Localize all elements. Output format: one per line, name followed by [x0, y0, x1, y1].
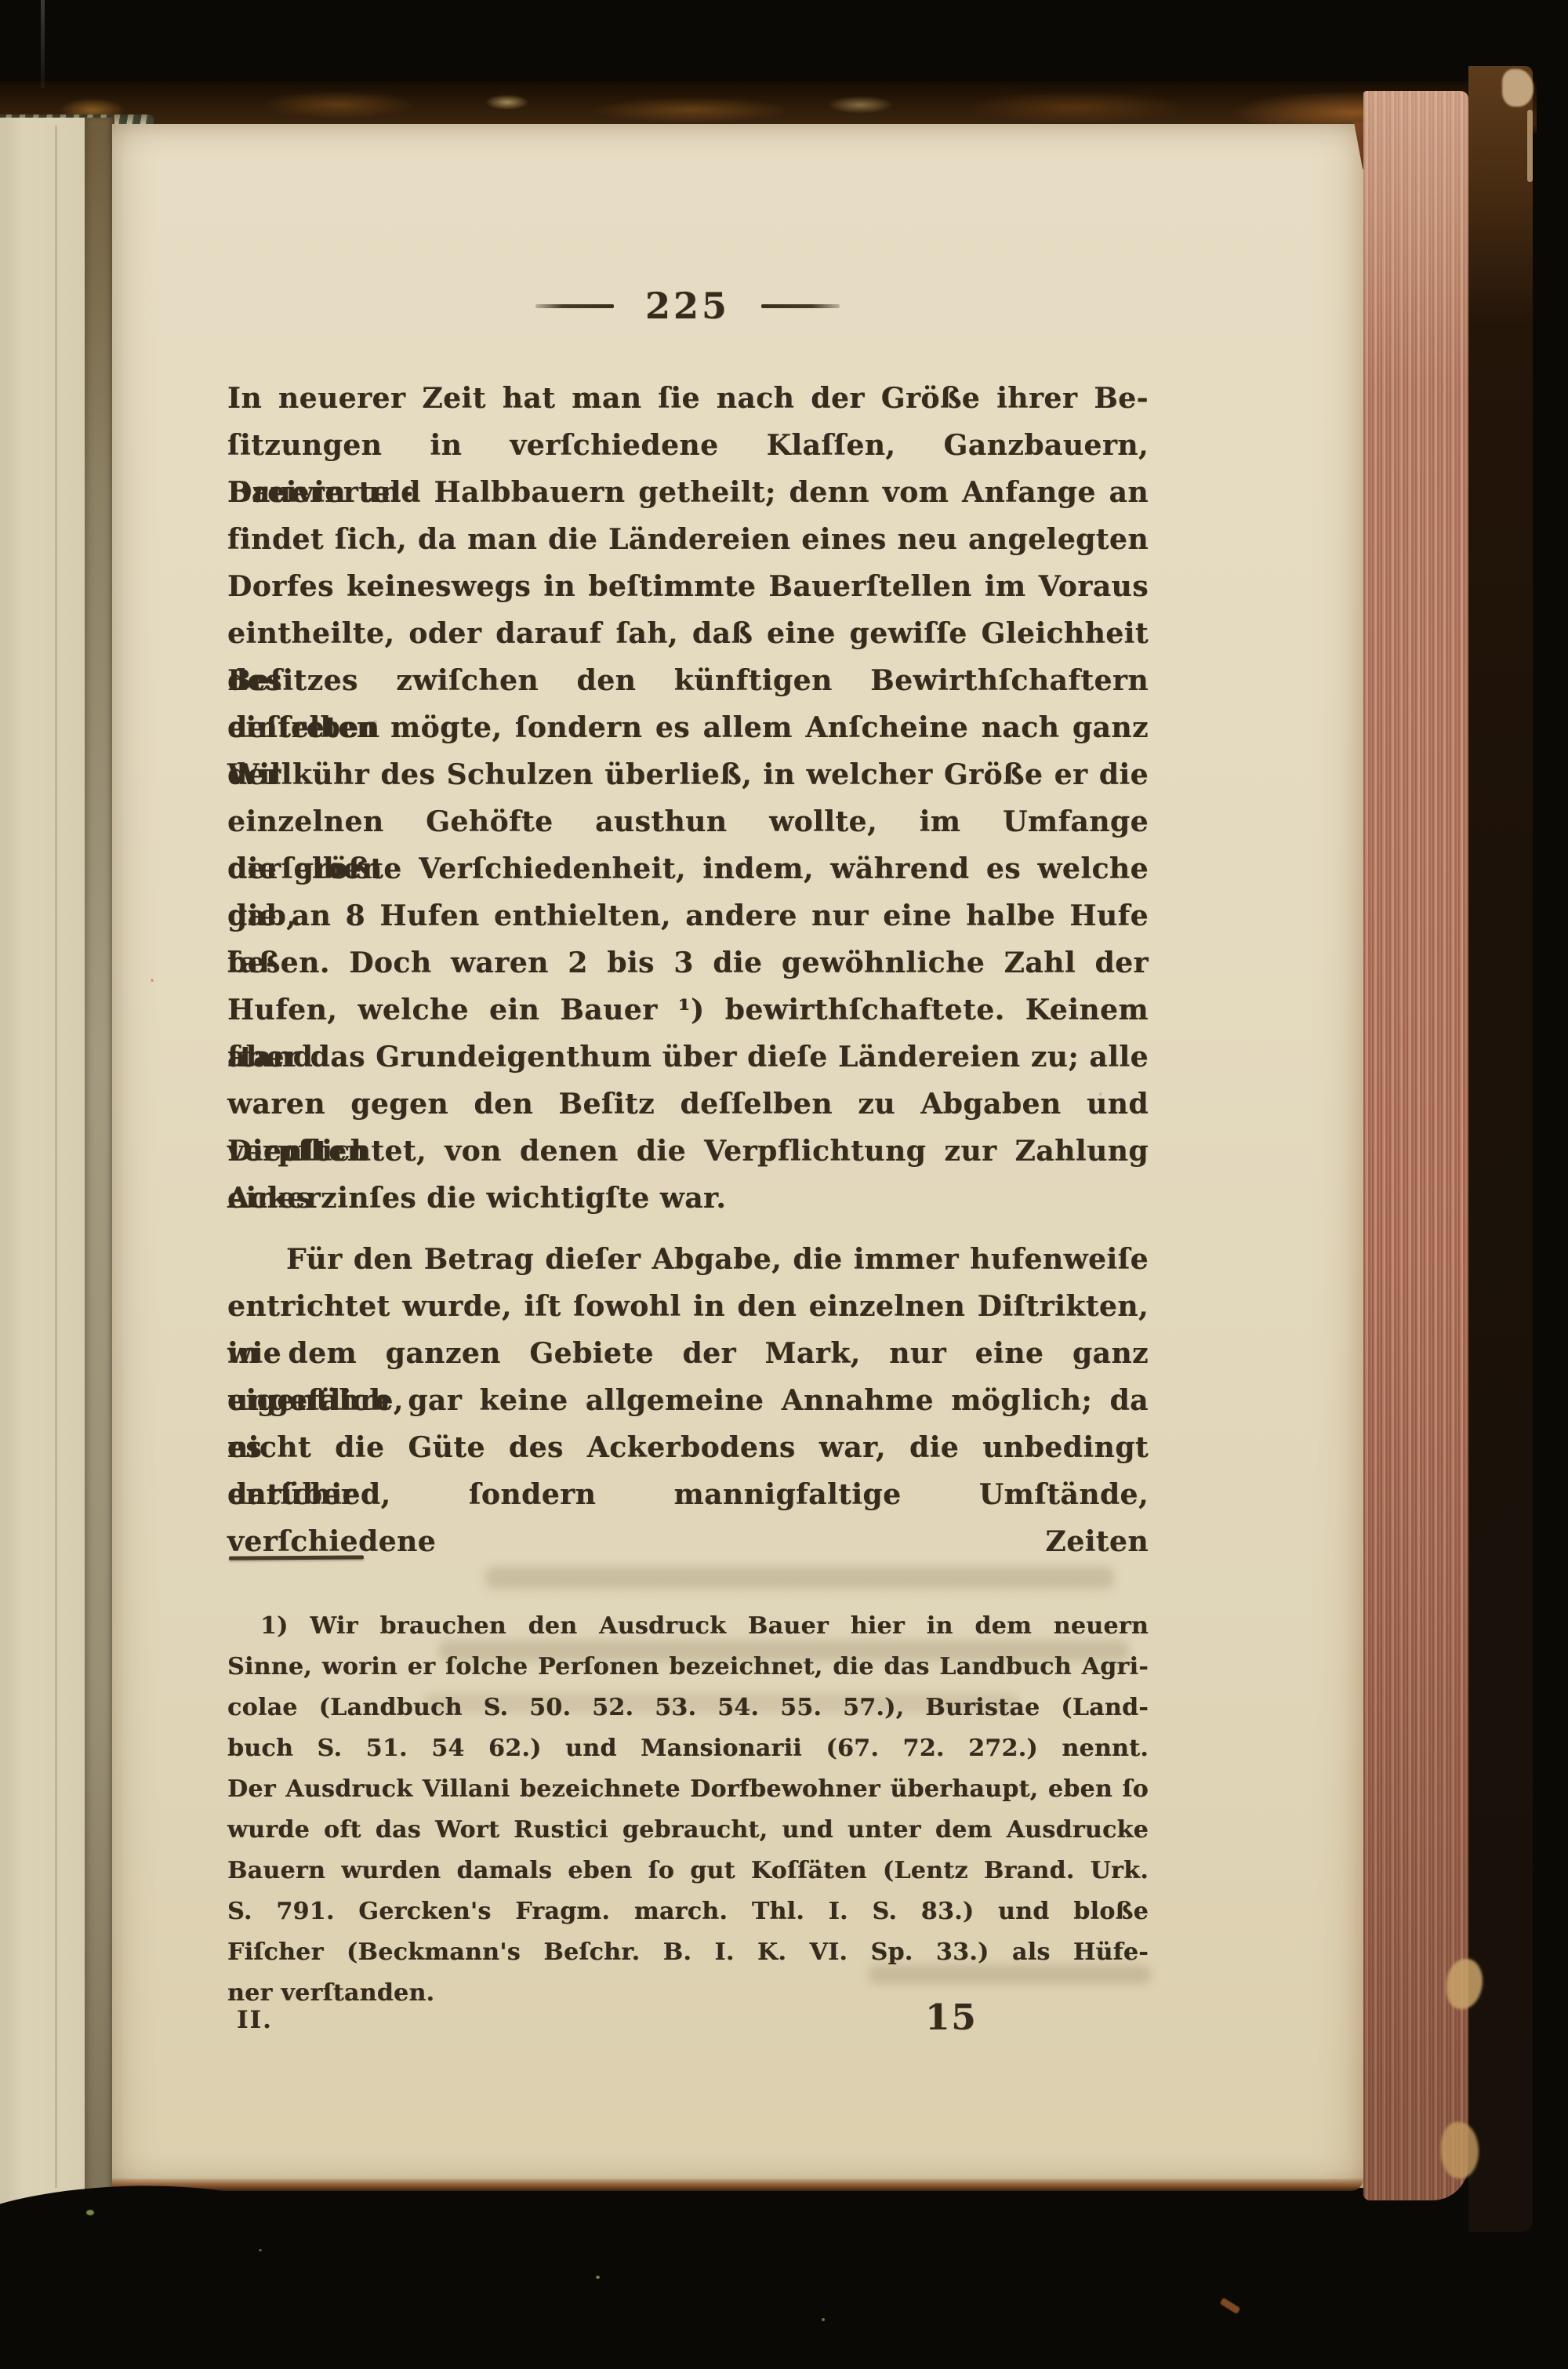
- header-rule-right: [761, 304, 840, 308]
- book-scan: 225 In neuerer Zeit hat man ſie nach der…: [0, 0, 1568, 2369]
- dust-speck: [596, 2276, 600, 2279]
- text-line: Für den Betrag dieſer Abgabe, die immer …: [227, 1236, 1149, 1283]
- signature-number: 15: [925, 1997, 978, 2038]
- text-line: die größte Verſchiedenheit, indem, währe…: [227, 845, 1149, 892]
- text-line: ſaßen. Doch waren 2 bis 3 die gewöhnlich…: [227, 939, 1149, 986]
- text-line: findet ſich, da man die Ländereien eines…: [227, 516, 1149, 563]
- cover-leather-edge: [1468, 66, 1533, 2232]
- page-bottom-edge: [112, 2178, 1363, 2191]
- footnote-line: 1) Wir brauchen den Ausdruck Bauer hier …: [227, 1606, 1149, 1647]
- underlying-page-edge: [0, 118, 86, 2207]
- text-line: Dorfes keineswegs in beſtimmte Bauerſtel…: [227, 563, 1149, 610]
- footnote-line: S. 791. Gercken's Fragm. march. Thl. I. …: [227, 1891, 1149, 1932]
- text-line: In neuerer Zeit hat man ſie nach der Grö…: [227, 375, 1149, 422]
- text-line: Ackerzinſes die wichtigſte war.: [227, 1175, 1149, 1222]
- leather-wear-mark-bottom: [1441, 2122, 1479, 2178]
- text-line: nicht die Güte des Ackerbodens war, die …: [227, 1424, 1149, 1471]
- text-line: aber das Grundeigenthum über dieſe Lände…: [227, 1034, 1149, 1081]
- cover-edge-highlight: [1527, 110, 1533, 182]
- footnote-line: Bauern wurden damals eben ſo gut Koſſäte…: [227, 1851, 1149, 1891]
- fore-edge-pages: [1363, 91, 1468, 2200]
- gutter-crease: [85, 118, 114, 2200]
- page-header: 225: [507, 284, 868, 328]
- footnote-block: 1) Wir brauchen den Ausdruck Bauer hier …: [227, 1606, 1149, 2014]
- footnote-line: Fiſcher (Beckmann's Beſchr. B. I. K. VI.…: [227, 1932, 1149, 1973]
- page-number: 225: [645, 285, 730, 327]
- text-line: in dem ganzen Gebiete der Mark, nur eine…: [227, 1330, 1149, 1377]
- footnote-line: ner verſtanden.: [227, 1973, 1149, 2014]
- text-line: verpflichtet, von denen die Verpflichtun…: [227, 1128, 1149, 1175]
- underlying-page-crease-line: [55, 125, 57, 2188]
- footnote-line: colae (Landbuch S. 50. 52. 53. 54. 55. 5…: [227, 1688, 1149, 1728]
- bottom-left-shadow: [0, 2179, 323, 2310]
- text-line: eintheilte, oder darauf ſah, daß eine ge…: [227, 610, 1149, 657]
- text-line: Willkühr des Schulzen überließ, in welch…: [227, 751, 1149, 798]
- footnote-line: Der Ausdruck Villani bezeichnete Dorfbew…: [227, 1769, 1149, 1810]
- body-paragraph-2: Für den Betrag dieſer Abgabe, die immer …: [227, 1236, 1149, 1518]
- dust-speck: [259, 2249, 262, 2251]
- footnote-line: buch S. 51. 54 62.) und Mansionarii (67.…: [227, 1728, 1149, 1769]
- text-line: die an 8 Hufen enthielten, andere nur ei…: [227, 892, 1149, 939]
- footnote-line: wurde oft das Wort Rustici gebraucht, un…: [227, 1810, 1149, 1851]
- footnote-line: Sinne, worin er ſolche Perſonen bezeichn…: [227, 1647, 1149, 1688]
- text-line: Bauern und Halbbauern getheilt; denn vom…: [227, 469, 1149, 516]
- text-line: waren gegen den Beſitz deſſelben zu Abga…: [227, 1081, 1149, 1128]
- green-fiber-speck: [86, 2210, 94, 2215]
- text-line: Beſitzes zwiſchen den künftigen Bewirthſ…: [227, 657, 1149, 704]
- spine-highlight: [41, 0, 45, 88]
- text-line: eintreten mögte, ſondern es allem Anſche…: [227, 704, 1149, 751]
- dust-speck: [822, 2318, 825, 2321]
- text-line: Hufen, welche ein Bauer ¹) bewirthſchaft…: [227, 986, 1149, 1034]
- volume-mark: II.: [237, 2006, 273, 2034]
- text-line: entſchied, ſondern mannigfaltige Umſtänd…: [227, 1471, 1149, 1518]
- debris-mark: [1220, 2298, 1241, 2314]
- body-paragraph-1: In neuerer Zeit hat man ſie nach der Grö…: [227, 375, 1149, 1222]
- text-line: einzelnen Gehöfte austhun wollte, im Umf…: [227, 798, 1149, 845]
- text-line: ſitzungen in verſchiedene Klaſſen, Ganzb…: [227, 422, 1149, 469]
- text-line: eigentlich gar keine allgemeine Annahme …: [227, 1377, 1149, 1424]
- ink-bleedthrough: [486, 1567, 1113, 1589]
- leather-wear-mark-top: [1502, 69, 1534, 107]
- header-rule-left: [535, 304, 614, 308]
- text-line: entrichtet wurde, iſt ſowohl in den einz…: [227, 1283, 1149, 1330]
